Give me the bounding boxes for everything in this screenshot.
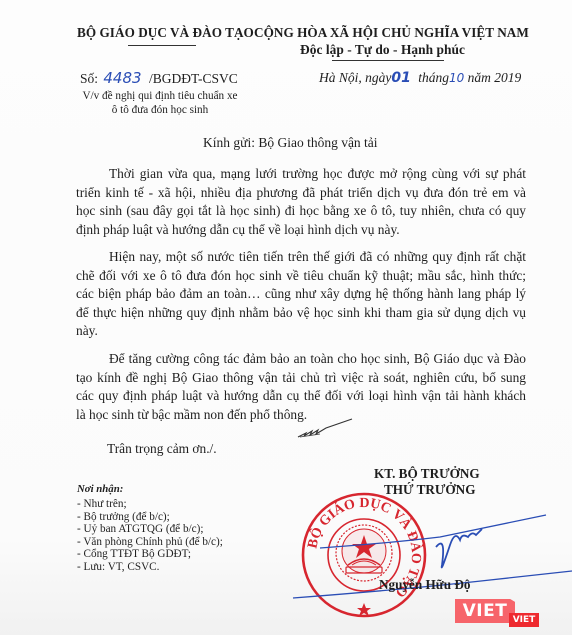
signature-title: KT. BỘ TRƯỞNG	[374, 466, 480, 482]
vietnamnet-watermark-small: VIET	[509, 613, 539, 627]
recipient-item: - Văn phòng Chính phủ (để b/c);	[77, 536, 223, 549]
ministry-underline	[128, 45, 196, 46]
handwritten-day: 01	[391, 70, 410, 86]
paraph-mark-icon	[296, 418, 356, 440]
body-paragraph-1: Thời gian vừa qua, mạng lưới trường học …	[76, 165, 526, 239]
handwritten-signature-icon	[290, 505, 572, 615]
recipients-list: - Như trên; - Bộ trưởng (để b/c); - Uỷ b…	[77, 498, 223, 573]
body-paragraph-2: Hiện nay, một số nước tiên tiến trên thế…	[76, 248, 526, 341]
handwritten-number: 4483	[103, 69, 141, 87]
paragraph-line: định pháp luật và hướng dẫn cụ thể về lo…	[76, 221, 526, 240]
recipient-item: - Lưu: VT, CSVC.	[77, 561, 223, 574]
recipient-item: - Uỷ ban ATGTQG (để b/c);	[77, 523, 223, 536]
paragraph-line: các biện pháp bảo đảm an toàn… cũng như …	[76, 285, 526, 304]
recipients-title: Nơi nhận:	[77, 483, 123, 495]
national-motto: Độc lập - Tự do - Hạnh phúc	[300, 42, 465, 58]
document-subject: V/v đề nghị qui định tiêu chuẩn xe ô tô …	[75, 90, 245, 117]
subject-line: ô tô đưa đón học sinh	[75, 104, 245, 118]
salutation: Kính gửi: Bộ Giao thông vận tải	[203, 135, 378, 151]
number-prefix: Số:	[80, 71, 98, 86]
country-name: CỘNG HÒA XÃ HỘI CHỦ NGHĨA VIỆT NAM	[254, 25, 529, 41]
subject-line: V/v đề nghị qui định tiêu chuẩn xe	[75, 90, 245, 104]
vietnamnet-watermark: VIET	[455, 599, 515, 623]
paragraph-line: tạo kính đề nghị Bộ Giao thông vận tải c…	[76, 369, 526, 388]
recipient-item: - Cổng TTĐT Bộ GDĐT;	[77, 548, 223, 561]
paragraph-line: Thời gian vừa qua, mạng lưới trường học …	[76, 165, 526, 184]
paragraph-line: để thực hiện những quy định nhằm bảo vệ …	[76, 304, 526, 323]
paragraph-line: này.	[76, 322, 526, 341]
body-paragraph-3: Để tăng cường công tác đảm bảo an toàn c…	[76, 350, 526, 424]
paragraph-line: Để tăng cường công tác đảm bảo an toàn c…	[76, 350, 526, 369]
closing-text: Trân trọng cảm ơn./.	[107, 441, 217, 457]
paragraph-line: học sinh (sau đây gọi tắt là học sinh) đ…	[76, 202, 526, 221]
date-place: Hà Nội, ngày	[319, 70, 391, 85]
motto-underline	[332, 60, 444, 61]
recipient-item: - Như trên;	[77, 498, 223, 511]
ministry-name: BỘ GIÁO DỤC VÀ ĐÀO TẠO	[77, 25, 254, 41]
paragraph-line: Hiện nay, một số nước tiên tiến trên thế…	[76, 248, 526, 267]
document-date: Hà Nội, ngày01 tháng10 năm 2019	[319, 70, 521, 86]
paragraph-line: chẽ đối với xe ô tô đưa đón học sinh về …	[76, 267, 526, 286]
recipient-item: - Bộ trưởng (để b/c);	[77, 511, 223, 524]
signer-name: Nguyễn Hữu Độ	[379, 577, 470, 593]
paragraph-line: triển kinh tế - xã hội, nhiều địa phương…	[76, 184, 526, 203]
month-label: tháng	[418, 70, 449, 85]
handwritten-month: 10	[449, 71, 464, 85]
year-label: năm 2019	[468, 70, 522, 85]
paragraph-line: các quy định pháp luật và hướng dẫn cụ t…	[76, 387, 526, 406]
document-code: /BGDĐT-CSVC	[149, 71, 238, 86]
document-number: Số: 4483 /BGDĐT-CSVC	[80, 69, 238, 87]
